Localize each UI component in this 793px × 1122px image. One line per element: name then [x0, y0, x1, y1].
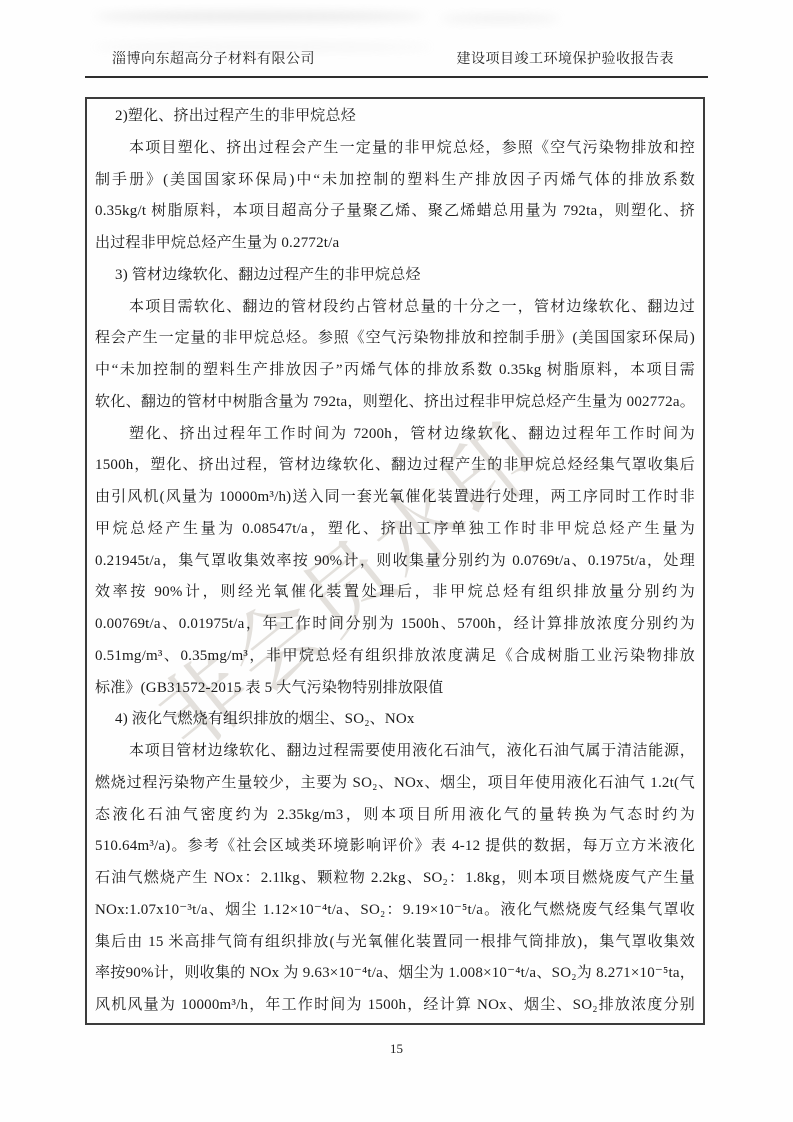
text-line: 态液化石油气密度约为 2.35kg/m3，则本项目所用液化气的量转换为气态时约为	[95, 800, 695, 832]
text-line: 制手册》(美国国家环保局)中“未加控制的塑料生产排放因子丙烯气体的排放系数	[95, 165, 695, 197]
text-line: NOx:1.07x10⁻³t/a、烟尘 1.12×10⁻⁴t/a、SO₂：9.1…	[95, 895, 695, 927]
page-header: 淄博向东超高分子材料有限公司 建设项目竣工环境保护验收报告表	[85, 48, 708, 68]
text-line: 0.00769t/a、0.01975t/a，年工作时间分别为 1500h、570…	[95, 609, 695, 641]
text-line: 石油气燃烧产生 NOx：2.1lkg、颗粒物 2.2kg、SO₂：1.8kg，则…	[95, 863, 695, 895]
text-line: 甲烷总烃产生量为 0.08547t/a，塑化、挤出工序单独工作时非甲烷总烃产生量…	[95, 514, 695, 546]
text-line: 本项目塑化、挤出过程会产生一定量的非甲烷总烃，参照《空气污染物排放和控	[95, 133, 695, 165]
page-number: 15	[0, 1041, 793, 1057]
section-heading: 2)塑化、挤出过程产生的非甲烷总烃	[95, 101, 695, 133]
text-line: 率按90%计，则收集的 NOx 为 9.63×10⁻⁴t/a、烟尘为 1.008…	[95, 958, 695, 990]
text-line: 塑化、挤出过程年工作时间为 7200h，管材边缘软化、翻边过程年工作时间为	[95, 419, 695, 451]
text-line: 风机风量为 10000m³/h，年工作时间为 1500h，经计算 NOx、烟尘、…	[95, 990, 695, 1022]
text-line: 中“未加控制的塑料生产排放因子”丙烯气体的排放系数 0.35kg 树脂原料，本项…	[95, 355, 695, 387]
header-divider	[85, 76, 708, 78]
text-line: 本项目管材边缘软化、翻边过程需要使用液化石油气，液化石油气属于清洁能源，	[95, 736, 695, 768]
text-line: 由引风机(风量为 10000m³/h)送入同一套光氧催化装置进行处理，两工序同时…	[95, 482, 695, 514]
section-heading: 4) 液化气燃烧有组织排放的烟尘、SO₂、NOx	[95, 704, 695, 736]
text-line: 软化、翻边的管材中树脂含量为 792ta，则塑化、挤出过程非甲烷总烃产生量为 0…	[95, 387, 695, 419]
text-line: 0.35kg/t 树脂原料，本项目超高分子量聚乙烯、聚乙烯蜡总用量为 792ta…	[95, 196, 695, 228]
text-line: 本项目需软化、翻边的管材段约占管材总量的十分之一，管材边缘软化、翻边过	[95, 292, 695, 324]
report-title: 建设项目竣工环境保护验收报告表	[457, 48, 675, 68]
text-line: 510.64m³/a)。参考《社会区域类环境影响评价》表 4-12 提供的数据，…	[95, 831, 695, 863]
company-name: 淄博向东超高分子材料有限公司	[112, 48, 315, 68]
text-line: 燃烧过程污染物产生量较少，主要为 SO₂、NOx、烟尘，项目年使用液化石油气 1…	[95, 768, 695, 800]
text-line: 1500h，塑化、挤出过程，管材边缘软化、翻边过程产生的非甲烷总烃经集气罩收集后	[95, 450, 695, 482]
section-heading: 3) 管材边缘软化、翻边过程产生的非甲烷总烃	[95, 260, 695, 292]
text-line: 标准》(GB31572-2015 表 5 大气污染物特别排放限值	[95, 673, 695, 705]
text-line: 出过程非甲烷总烃产生量为 0.2772t/a	[95, 228, 695, 260]
text-line: 程会产生一定量的非甲烷总烃。参照《空气污染物排放和控制手册》(美国国家环保局)	[95, 323, 695, 355]
text-line: 效率按 90%计，则经光氧催化装置处理后，非甲烷总烃有组织排放量分别约为	[95, 577, 695, 609]
text-line: 0.21945t/a，集气罩收集效率按 90%计，则收集量分别约为 0.0769…	[95, 546, 695, 578]
scan-artifact	[440, 15, 560, 22]
document-page: 淄博向东超高分子材料有限公司 建设项目竣工环境保护验收报告表 非会员水印 2)塑…	[0, 0, 793, 1122]
text-line: 0.51mg/m³、0.35mg/m³，非甲烷总烃有组织排放浓度满足《合成树脂工…	[95, 641, 695, 673]
text-line: 集后由 15 米高排气筒有组织排放(与光氧催化装置同一根排气筒排放)，集气罩收集…	[95, 927, 695, 959]
scan-artifact	[95, 12, 425, 21]
report-table-cell: 2)塑化、挤出过程产生的非甲烷总烃 本项目塑化、挤出过程会产生一定量的非甲烷总烃…	[85, 97, 705, 1025]
